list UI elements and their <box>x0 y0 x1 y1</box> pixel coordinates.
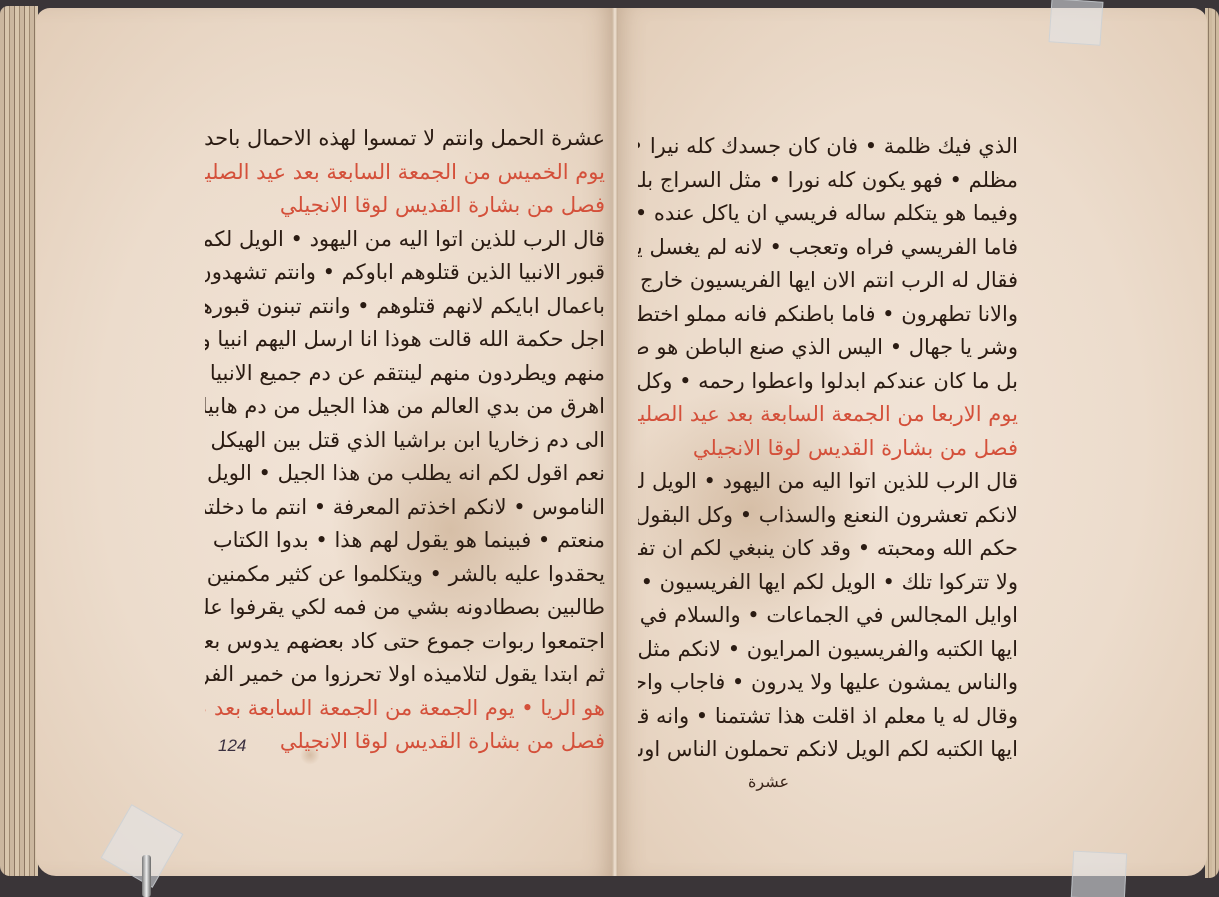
rubric-line: يوم الخميس من الجمعة السابعة بعد عيد الص… <box>205 156 605 190</box>
text-line: حكم الله ومحبته • وقد كان ينبغي لكم ان ت… <box>638 532 1018 566</box>
text-line: لانكم تعشرون النعنع والسذاب • وكل البقول… <box>638 499 1018 533</box>
text-line: قبور الانبيا الذين قتلوهم اباوكم • وانتم… <box>205 256 605 290</box>
page-clip-tab <box>1071 851 1127 897</box>
text-line: ثم ابتدا يقول لتلاميذه اولا تحرزوا من خم… <box>205 658 605 692</box>
text-line: والانا تطهرون • فاما باطنكم فانه مملو اخ… <box>638 298 1018 332</box>
text-line: ايها الكتبه لكم الويل لانكم تحملون الناس… <box>638 733 1018 767</box>
open-manuscript: عشرة الحمل وانتم لا تمسوا لهذه الاحمال ب… <box>0 0 1219 897</box>
text-line: عشرة الحمل وانتم لا تمسوا لهذه الاحمال ب… <box>205 122 605 156</box>
text-line: ايها الكتبه والفريسيون المرايون • لانكم … <box>638 633 1018 667</box>
text-line: مظلم • فهو يكون كله نورا • مثل السراج بل… <box>638 164 1018 198</box>
text-line: وفيما هو يتكلم ساله فريسي ان ياكل عنده •… <box>638 197 1018 231</box>
rubric-line: يوم الاربعا من الجمعة السابعة بعد عيد ال… <box>638 398 1018 432</box>
right-page-text: الذي فيك ظلمة • فان كان جسدك كله نيرا • … <box>638 130 1018 767</box>
text-line: وشر يا جهال • اليس الذي صنع الباطن هو صن… <box>638 331 1018 365</box>
rubric-line: فصل من بشارة القديس لوقا الانجيلي <box>638 432 1018 466</box>
text-line: منعتم • فبينما هو يقول لهم هذا • بدوا ال… <box>205 524 605 558</box>
catchword: عشرة <box>748 772 789 791</box>
text-line: فاما الفريسي فراه وتعجب • لانه لم يغسل ي… <box>638 231 1018 265</box>
text-line: الذي فيك ظلمة • فان كان جسدك كله نيرا • … <box>638 130 1018 164</box>
gutter <box>612 8 618 876</box>
text-line: باعمال ابايكم لانهم قتلوهم • وانتم تبنون… <box>205 290 605 324</box>
text-line: اهرق من بدي العالم من هذا الجيل من دم ها… <box>205 390 605 424</box>
page-clip-tab <box>1049 0 1104 46</box>
text-line: قال الرب للذين اتوا اليه من اليهود • الو… <box>638 465 1018 499</box>
text-line: يحقدوا عليه بالشر • ويتكلموا عن كثير مكم… <box>205 558 605 592</box>
text-line: اوايل المجالس في الجماعات • والسلام في ا… <box>638 599 1018 633</box>
left-page-edges <box>0 6 38 876</box>
text-line: اجل حكمة الله قالت هوذا انا ارسل اليهم ا… <box>205 323 605 357</box>
rubric-line: هو الريا • يوم الجمعة من الجمعة السابعة … <box>205 692 605 726</box>
text-line: بل ما كان عندكم ابدلوا واعطوا رحمه • وكل… <box>638 365 1018 399</box>
text-line: وقال له يا معلم اذ اقلت هذا تشتمنا • وان… <box>638 700 1018 734</box>
page-clip-pin <box>142 855 151 897</box>
left-page-text: عشرة الحمل وانتم لا تمسوا لهذه الاحمال ب… <box>205 122 605 759</box>
text-line: والناس يمشون عليها ولا يدرون • فاجاب واح… <box>638 666 1018 700</box>
text-line: الى دم زخاريا ابن براشيا الذي قتل بين ال… <box>205 424 605 458</box>
text-line: ولا تتركوا تلك • الويل لكم ايها الفريسيو… <box>638 566 1018 600</box>
text-line: طالبين بصطادونه بشي من فمه لكي يقرفوا عل… <box>205 591 605 625</box>
rubric-line: فصل من بشارة القديس لوقا الانجيلي <box>205 189 605 223</box>
text-line: اجتمعوا ربوات جموع حتى كاد بعضهم يدوس بع… <box>205 625 605 659</box>
text-line: فقال له الرب انتم الان ايها الفريسيون خا… <box>638 264 1018 298</box>
folio-number: 124 <box>218 736 246 756</box>
text-line: نعم اقول لكم انه يطلب من هذا الجيل • الو… <box>205 457 605 491</box>
text-line: الناموس • لانكم اخذتم المعرفة • انتم ما … <box>205 491 605 525</box>
right-page-edges <box>1205 8 1219 878</box>
text-line: منهم ويطردون منهم لينتقم عن دم جميع الان… <box>205 357 605 391</box>
text-line: قال الرب للذين اتوا اليه من اليهود • الو… <box>205 223 605 257</box>
rubric-line: فصل من بشارة القديس لوقا الانجيلي <box>205 725 605 759</box>
